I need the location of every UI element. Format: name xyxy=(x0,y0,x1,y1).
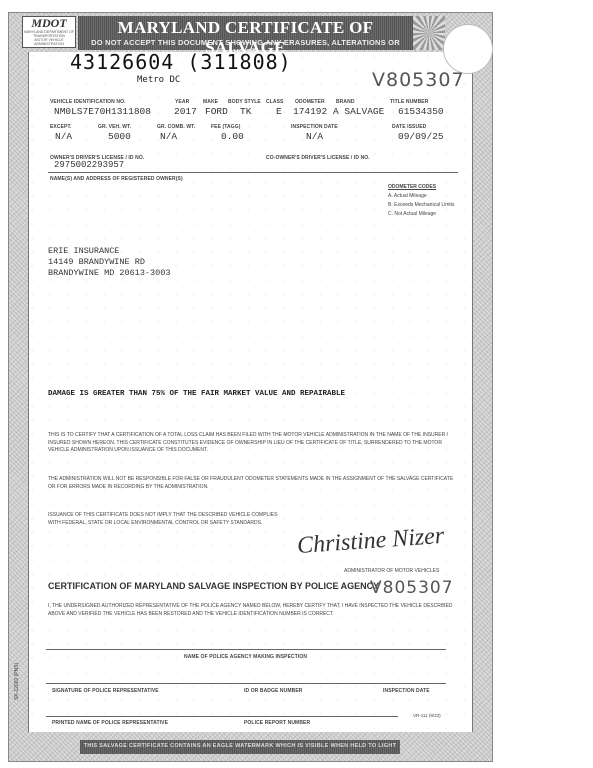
vin-value: NM0LS7E70H1311808 xyxy=(54,106,151,117)
printed-name-line xyxy=(46,716,398,717)
class-label: CLASS xyxy=(266,99,283,105)
owner-name-label: NAME(S) AND ADDRESS OF REGISTERED OWNER(… xyxy=(50,176,183,182)
control-number: 43126604 (311808) xyxy=(70,50,292,74)
owner-city-state-zip: BRANDYWINE MD 20613-3003 xyxy=(48,268,170,279)
certification-paragraph: THIS IS TO CERTIFY THAT A CERTIFICATION … xyxy=(48,432,458,455)
damage-statement: DAMAGE IS GREATER THAN 75% OF THE FAIR M… xyxy=(48,390,345,398)
year-value: 2017 xyxy=(174,106,197,117)
watermark-notice: THIS SALVAGE CERTIFICATE CONTAINS AN EAG… xyxy=(80,743,400,749)
footer-band: THIS SALVAGE CERTIFICATE CONTAINS AN EAG… xyxy=(80,740,400,754)
make-value: FORD xyxy=(205,106,228,117)
odometer-code-b: B. Exceeds Mechanical Limits xyxy=(388,201,454,210)
police-serial-number: V805307 xyxy=(370,578,454,598)
police-report-label: POLICE REPORT NUMBER xyxy=(244,720,310,726)
divider xyxy=(48,172,458,173)
odometer-codes: ODOMETER CODES A. Actual Mileage B. Exce… xyxy=(388,183,454,219)
mdot-logo: MDOT MARYLAND DEPARTMENT OF TRANSPORTATI… xyxy=(22,16,76,48)
vin-label: VEHICLE IDENTIFICATION NO. xyxy=(50,99,126,105)
odometer-label: ODOMETER xyxy=(295,99,325,105)
liability-paragraph: THE ADMINISTRATION WILL NOT BE RESPONSIB… xyxy=(48,476,458,491)
gross-vehicle-weight-value: 5000 xyxy=(108,131,131,142)
police-signature-label: SIGNATURE OF POLICE REPRESENTATIVE xyxy=(52,688,159,694)
owner-name: ERIE INSURANCE xyxy=(48,246,170,257)
signature-line xyxy=(46,683,446,684)
gross-vehicle-weight-label: GR. VEH. WT. xyxy=(98,124,131,130)
gross-combined-weight-value: N/A xyxy=(160,131,177,142)
compliance-paragraph: ISSUANCE OF THIS CERTIFICATE DOES NOT IM… xyxy=(48,512,288,527)
odometer-code-c: C. Not Actual Mileage xyxy=(388,210,454,219)
rosette-ornament-icon xyxy=(413,16,445,50)
police-inspection-date-label: INSPECTION DATE xyxy=(383,688,430,694)
fee-value: 0.00 xyxy=(221,131,244,142)
header-band: MARYLAND CERTIFICATE OF SALVAGE DO NOT A… xyxy=(78,16,413,50)
administrator-title: ADMINISTRATOR OF MOTOR VEHICLES xyxy=(344,568,439,574)
gross-combined-weight-label: GR. COMB. WT. xyxy=(157,124,195,130)
owner-license-value: 2975002293957 xyxy=(54,160,124,170)
side-code: SK-12020 (PNS) xyxy=(14,663,20,700)
badge-number-label: ID OR BADGE NUMBER xyxy=(244,688,302,694)
except-label: EXCEPT. xyxy=(50,124,72,130)
body-style-value: TK xyxy=(240,106,251,117)
form-id: VR-111 (9/23) xyxy=(413,713,441,718)
printed-name-label: PRINTED NAME OF POLICE REPRESENTATIVE xyxy=(52,720,168,726)
odometer-value: 174192 xyxy=(293,106,327,117)
date-issued-label: DATE ISSUED xyxy=(392,124,426,130)
branch-name: Metro DC xyxy=(137,75,180,85)
police-inspection-heading: CERTIFICATION OF MARYLAND SALVAGE INSPEC… xyxy=(48,581,379,591)
brand-value: A SALVAGE xyxy=(333,106,384,117)
co-owner-license-label: CO-OWNER'S DRIVER'S LICENSE / ID NO. xyxy=(266,155,370,161)
fee-label: FEE (TAGG) xyxy=(211,124,241,130)
make-label: MAKE xyxy=(203,99,218,105)
class-value: E xyxy=(276,106,282,117)
police-agency-label: NAME OF POLICE AGENCY MAKING INSPECTION xyxy=(184,654,307,660)
brand-label: BRAND xyxy=(336,99,355,105)
inspection-date-label: INSPECTION DATE xyxy=(291,124,338,130)
owner-street: 14149 BRANDYWINE RD xyxy=(48,257,170,268)
body-style-label: BODY STYLE xyxy=(228,99,261,105)
date-issued-value: 09/09/25 xyxy=(398,131,444,142)
seal-circle xyxy=(443,24,493,74)
odometer-code-a: A. Actual Mileage xyxy=(388,192,454,201)
owner-address: ERIE INSURANCE 14149 BRANDYWINE RD BRAND… xyxy=(48,246,170,279)
agency-line xyxy=(46,649,446,650)
title-number-label: TITLE NUMBER xyxy=(390,99,428,105)
title-number-value: 61534350 xyxy=(398,106,444,117)
serial-number: V805307 xyxy=(372,69,465,91)
police-statement: I, THE UNDERSIGNED AUTHORIZED REPRESENTA… xyxy=(48,603,458,618)
except-value: N/A xyxy=(55,131,72,142)
year-label: YEAR xyxy=(175,99,189,105)
inspection-date-value: N/A xyxy=(306,131,323,142)
